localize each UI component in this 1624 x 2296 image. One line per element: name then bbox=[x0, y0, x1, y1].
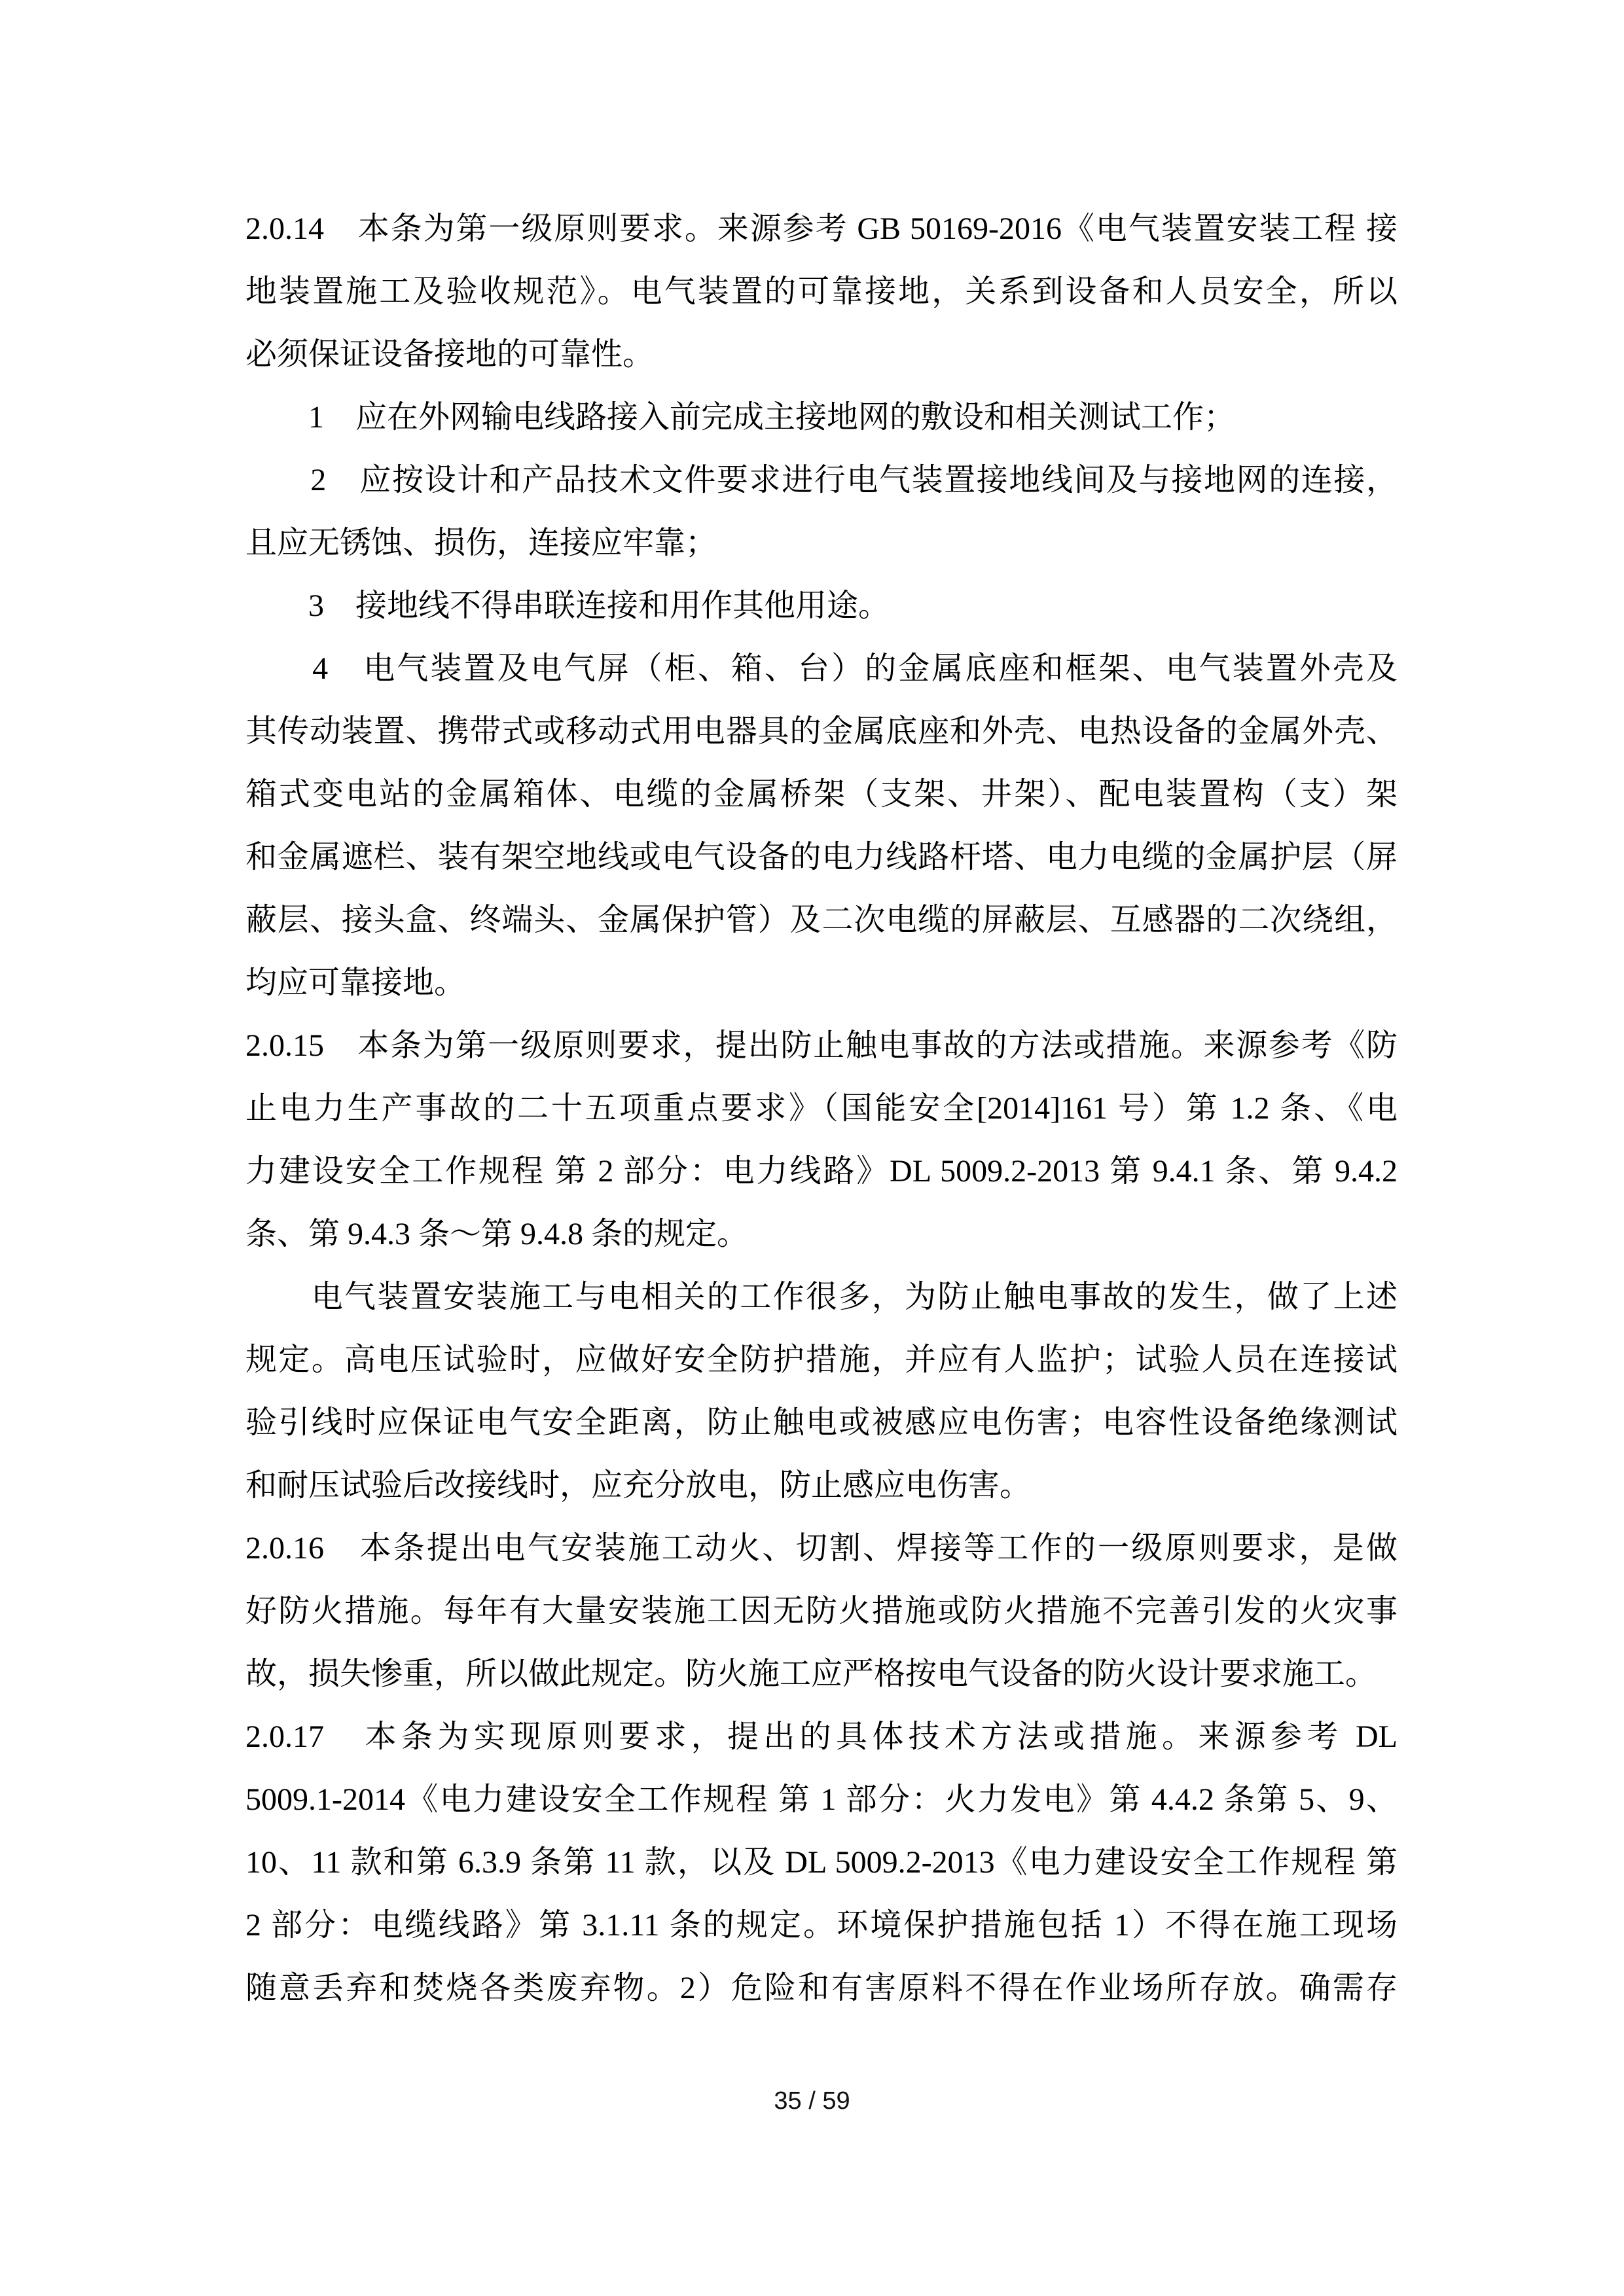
text-line: 2 应按设计和产品技术文件要求进行电气装置接地线间及与接地网的连接， bbox=[245, 449, 1398, 512]
text-line: 和金属遮栏、装有架空地线或电气设备的电力线路杆塔、电力电缆的金属护层（屏 bbox=[245, 826, 1398, 889]
text-line: 故，损失惨重，所以做此规定。防火施工应严格按电气设备的防火设计要求施工。 bbox=[245, 1643, 1398, 1706]
text-line: 且应无锈蚀、损伤，连接应牢靠； bbox=[245, 512, 1398, 575]
text-line: 2.0.15 本条为第一级原则要求，提出防止触电事故的方法或措施。来源参考《防 bbox=[245, 1014, 1398, 1077]
text-line: 随意丢弃和焚烧各类废弃物。2）危险和有害原料不得在作业场所存放。确需存 bbox=[245, 1957, 1398, 2020]
text-line: 其传动装置、携带式或移动式用电器具的金属底座和外壳、电热设备的金属外壳、 bbox=[245, 700, 1398, 763]
text-line: 必须保证设备接地的可靠性。 bbox=[245, 323, 1398, 386]
text-line: 电气装置安装施工与电相关的工作很多，为防止触电事故的发生，做了上述 bbox=[245, 1266, 1398, 1329]
text-line: 2.0.16 本条提出电气安装施工动火、切割、焊接等工作的一级原则要求，是做 bbox=[245, 1517, 1398, 1580]
text-line: 2 部分：电缆线路》第 3.1.11 条的规定。环境保护措施包括 1）不得在施工… bbox=[245, 1894, 1398, 1957]
text-line: 条、第 9.4.3 条～第 9.4.8 条的规定。 bbox=[245, 1203, 1398, 1266]
content: 2.0.14 本条为第一级原则要求。来源参考 GB 50169-2016《电气装… bbox=[245, 198, 1398, 2020]
text-line: 1 应在外网输电线路接入前完成主接地网的敷设和相关测试工作； bbox=[245, 386, 1398, 449]
text-line: 5009.1-2014《电力建设安全工作规程 第 1 部分：火力发电》第 4.4… bbox=[245, 1768, 1398, 1831]
text-line: 2.0.14 本条为第一级原则要求。来源参考 GB 50169-2016《电气装… bbox=[245, 198, 1398, 260]
document-page: 2.0.14 本条为第一级原则要求。来源参考 GB 50169-2016《电气装… bbox=[0, 0, 1624, 2296]
text-line: 力建设安全工作规程 第 2 部分：电力线路》DL 5009.2-2013 第 9… bbox=[245, 1140, 1398, 1203]
text-line: 10、11 款和第 6.3.9 条第 11 款，以及 DL 5009.2-201… bbox=[245, 1831, 1398, 1894]
text-line: 蔽层、接头盒、终端头、金属保护管）及二次电缆的屏蔽层、互感器的二次绕组， bbox=[245, 889, 1398, 952]
text-line: 地装置施工及验收规范》。电气装置的可靠接地，关系到设备和人员安全，所以 bbox=[245, 260, 1398, 323]
text-line: 2.0.17 本条为实现原则要求，提出的具体技术方法或措施。来源参考 DL bbox=[245, 1706, 1398, 1768]
text-line: 箱式变电站的金属箱体、电缆的金属桥架（支架、井架）、配电装置构（支）架 bbox=[245, 763, 1398, 826]
text-line: 4 电气装置及电气屏（柜、箱、台）的金属底座和框架、电气装置外壳及 bbox=[245, 637, 1398, 700]
text-line: 均应可靠接地。 bbox=[245, 952, 1398, 1014]
text-line: 止电力生产事故的二十五项重点要求》（国能安全[2014]161 号）第 1.2 … bbox=[245, 1077, 1398, 1140]
text-line: 验引线时应保证电气安全距离，防止触电或被感应电伤害；电容性设备绝缘测试 bbox=[245, 1391, 1398, 1454]
footer-page-number: 35 / 59 bbox=[0, 2085, 1624, 2117]
text-line: 3 接地线不得串联连接和用作其他用途。 bbox=[245, 575, 1398, 637]
text-line: 好防火措施。每年有大量安装施工因无防火措施或防火措施不完善引发的火灾事 bbox=[245, 1580, 1398, 1643]
text-line: 和耐压试验后改接线时，应充分放电，防止感应电伤害。 bbox=[245, 1454, 1398, 1517]
text-line: 规定。高电压试验时，应做好安全防护措施，并应有人监护；试验人员在连接试 bbox=[245, 1329, 1398, 1391]
